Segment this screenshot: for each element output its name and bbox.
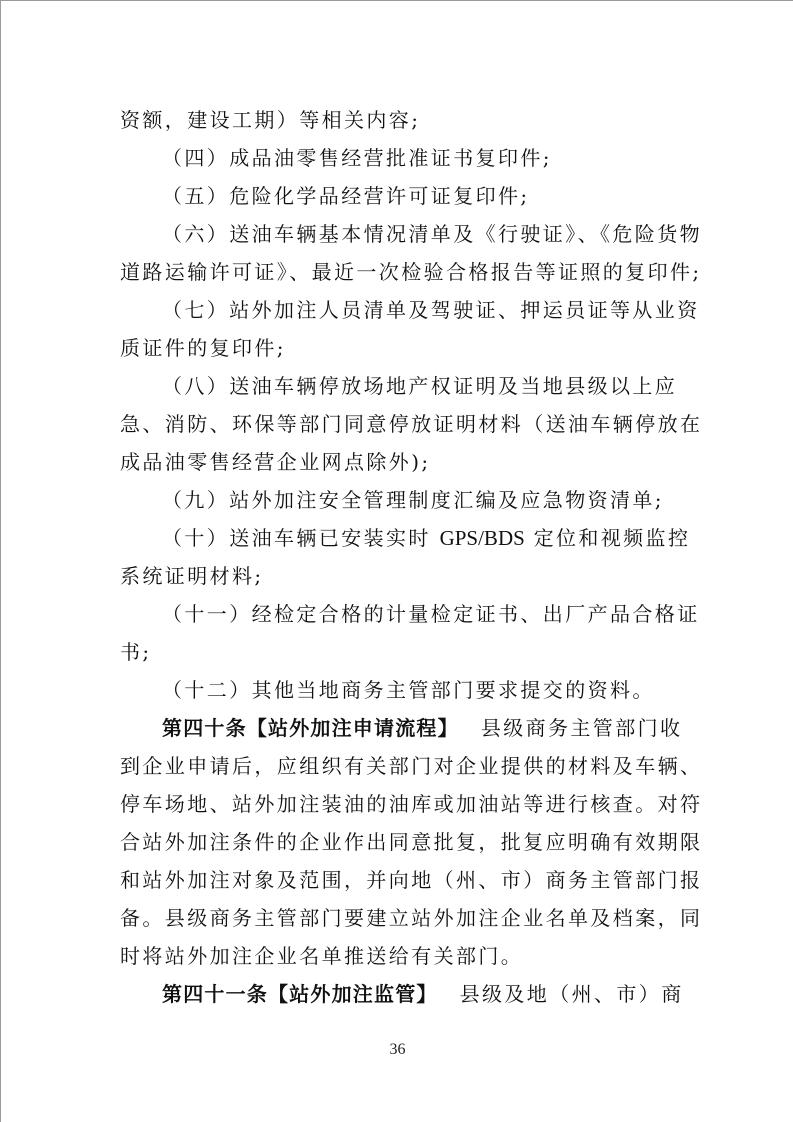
list-item-11: （十一）经检定合格的计量检定证书、出厂产品合格证 xyxy=(162,602,700,626)
article-40-first-line: 第四十条【站外加注申请流程】县级商务主管部门收 xyxy=(162,716,682,740)
text-line: 到企业申请后，应组织有关部门对企业提供的材料及车辆、 xyxy=(120,754,702,778)
article-41-first-line: 第四十一条【站外加注监管】县级及地（州、市）商 xyxy=(162,982,684,1006)
list-item-7: （七）站外加注人员清单及驾驶证、押运员证等从业资 xyxy=(162,298,700,322)
text-line: 系统证明材料; xyxy=(120,564,264,588)
text-segment: （十）送油车辆已安装实时 xyxy=(162,526,431,550)
text-segment-latin: GPS/BDS xyxy=(440,526,525,550)
text-line: 备。县级商务主管部门要建立站外加注企业名单及档案，同 xyxy=(120,906,702,930)
list-item-5: （五）危险化学品经营许可证复印件; xyxy=(162,184,530,208)
list-item-10: （十）送油车辆已安装实时 GPS/BDS 定位和视频监控 xyxy=(162,526,690,550)
text-line: 质证件的复印件; xyxy=(120,336,286,360)
text-segment: 定位和视频监控 xyxy=(534,526,691,550)
text-segment: 县级商务主管部门收 xyxy=(481,716,683,740)
text-line: 资额，建设工期）等相关内容; xyxy=(120,108,420,132)
list-item-12: （十二）其他当地商务主管部门要求提交的资料。 xyxy=(162,678,655,702)
list-item-6: （六）送油车辆基本情况清单及《行驶证》、《危险货物 xyxy=(162,222,702,246)
text-line: 和站外加注对象及范围，并向地（州、市）商务主管部门报 xyxy=(120,868,702,892)
article-41-title: 第四十一条【站外加注监管】 xyxy=(162,982,438,1006)
article-40-title: 第四十条【站外加注申请流程】 xyxy=(162,716,459,740)
text-segment: 县级及地（州、市）商 xyxy=(460,982,684,1006)
text-line: 成品油零售经营企业网点除外); xyxy=(120,450,431,474)
text-line: 时将站外加注企业名单推送给有关部门。 xyxy=(120,944,523,968)
text-line: 书; xyxy=(120,640,152,664)
list-item-9: （九）站外加注安全管理制度汇编及应急物资清单; xyxy=(162,488,664,512)
text-line: 道路运输许可证》、最近一次检验合格报告等证照的复印件; xyxy=(120,260,702,284)
page-number: 36 xyxy=(1,1041,793,1059)
text-line: 合站外加注条件的企业作出同意批复，批复应明确有效期限 xyxy=(120,830,702,854)
document-page: 资额，建设工期）等相关内容; （四）成品油零售经营批准证书复印件; （五）危险化… xyxy=(0,0,793,1122)
text-line: 停车场地、站外加注装油的油库或加油站等进行核查。对符 xyxy=(120,792,702,816)
text-line: 急、消防、环保等部门同意停放证明材料（送油车辆停放在 xyxy=(120,412,702,436)
list-item-8: （八）送油车辆停放场地产权证明及当地县级以上应 xyxy=(162,374,677,398)
list-item-4: （四）成品油零售经营批准证书复印件; xyxy=(162,146,552,170)
